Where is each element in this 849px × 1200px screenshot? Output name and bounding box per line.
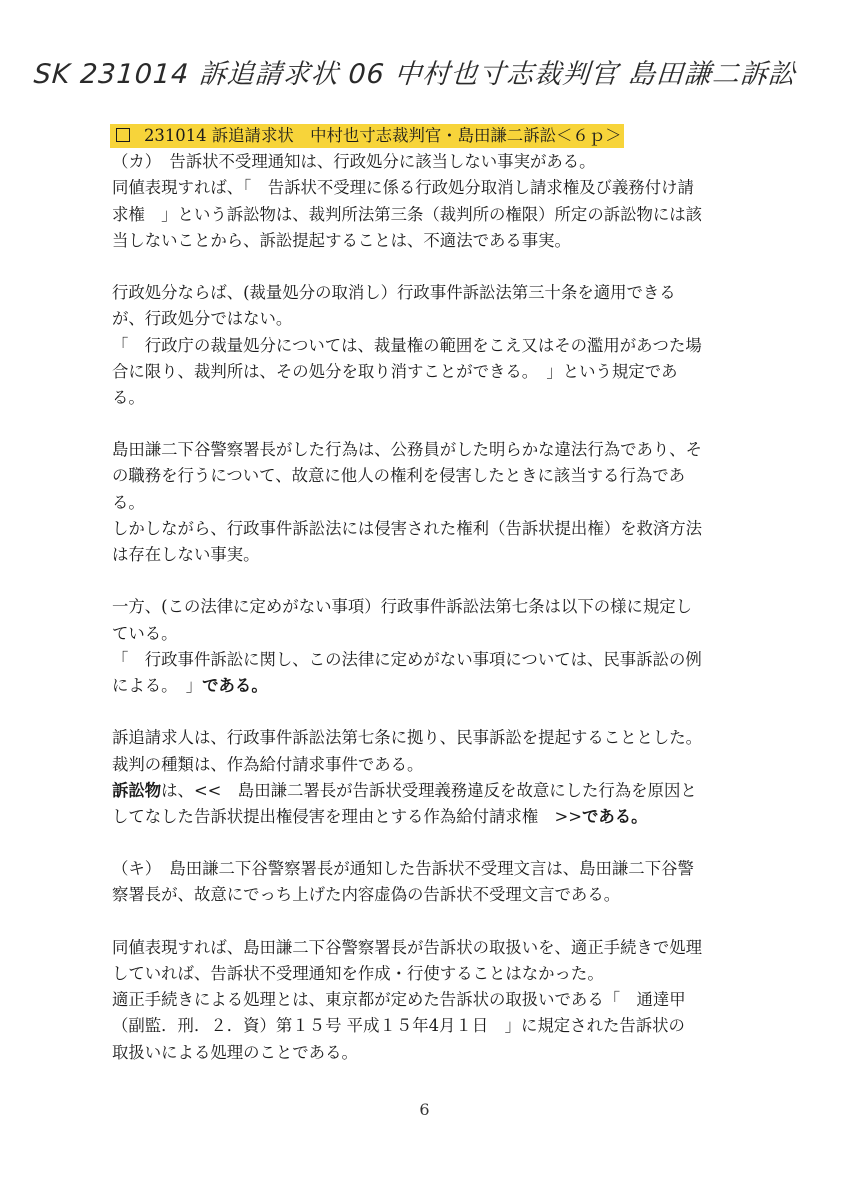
text-line: 取扱いによる処理のことである。 (112, 1040, 792, 1066)
text-line: 当しないことから、訴訟提起することは、不適法である事実。 (112, 228, 792, 254)
blank-line (112, 699, 792, 725)
header-text: 231014 訴追請求状 中村也寸志裁判官・島田謙二訴訟＜６ｐ＞ (144, 126, 622, 145)
text-line: してなした告訴状提出権侵害を理由とする作為給付請求権 >>である。 (112, 804, 792, 830)
text-line: 「 行政事件訴訟に関し、この法律に定めがない事項については、民事訴訟の例 (112, 647, 792, 673)
text-line: る。 (112, 490, 792, 516)
text-line: （副監．刑．２．資）第１５号 平成１５年4月１日 」に規定された告訴状の (112, 1013, 792, 1039)
paragraph-ki: （キ） 島田謙二下谷警察署長が通知した告訴状不受理文言は、島田謙二下谷警 察署長… (112, 856, 792, 908)
text-line: る。 (112, 385, 792, 411)
blank-line (112, 254, 792, 280)
checkbox-icon (116, 128, 130, 142)
text-line: 「 行政庁の裁量処分については、裁量権の範囲をこえ又はその濫用があつた場 (112, 333, 792, 359)
text-line: 訴訟物は、<< 島田謙二署長が告訴状受理義務違反を故意にした行為を原因と (112, 778, 792, 804)
text-line: 同値表現すれば、「 告訴状不受理に係る行政処分取消し請求権及び義務付け請 (112, 175, 792, 201)
text-line: していれば、告訴状不受理通知を作成・行使することはなかった。 (112, 961, 792, 987)
bold-text-segment: である。 (582, 807, 648, 826)
header-highlight: 231014 訴追請求状 中村也寸志裁判官・島田謙二訴訟＜６ｐ＞ (110, 124, 624, 148)
text-line: 行政処分ならば、(裁量処分の取消し）行政事件訴訟法第三十条を適用できる (112, 280, 792, 306)
bold-text-segment: 訴訟物 (112, 781, 161, 800)
text-line: 適正手続きによる処理とは、東京都が定めた告訴状の取扱いである「 通達甲 (112, 987, 792, 1013)
handwritten-title: SK 231014 訴追請求状 06 中村也寸志裁判官 島田謙二訴訟 (33, 52, 816, 91)
text-line: 裁判の種類は、作為給付請求事件である。 (112, 752, 792, 778)
text-line: 一方、(この法律に定めがない事項）行政事件訴訟法第七条は以下の様に規定し (112, 594, 792, 620)
text-line: は存在しない事実。 (112, 542, 792, 568)
text-line: 島田謙二下谷警察署長がした行為は、公務員がした明らかな違法行為であり、そ (112, 437, 792, 463)
text-line: による。 」である。 (112, 673, 792, 699)
blank-line (112, 830, 792, 856)
bold-text-segment: である。 (202, 676, 268, 695)
text-line: の職務を行うについて、故意に他人の権利を侵害したときに該当する行為であ (112, 463, 792, 489)
document-body: 231014 訴追請求状 中村也寸志裁判官・島田謙二訴訟＜６ｐ＞ （カ） 告訴状… (112, 123, 792, 1066)
text-line: 合に限り、裁判所は、その処分を取り消すことができる。 」という規定であ (112, 359, 792, 385)
paragraph-illegal-act: 島田謙二下谷警察署長がした行為は、公務員がした明らかな違法行為であり、そ の職務… (112, 437, 792, 568)
paragraph-article-7: 一方、(この法律に定めがない事項）行政事件訴訟法第七条は以下の様に規定し ている… (112, 594, 792, 699)
blank-line (112, 568, 792, 594)
text-line: 訴追請求人は、行政事件訴訟法第七条に拠り、民事訴訟を提起することとした。 (112, 725, 792, 751)
text-line: 察署長が、故意にでっち上げた内容虚偽の告訴状不受理文言である。 (112, 882, 792, 908)
text-line: ている。 (112, 621, 792, 647)
paragraph-administrative-disposition: 行政処分ならば、(裁量処分の取消し）行政事件訴訟法第三十条を適用できる が、行政… (112, 280, 792, 411)
page-number: 6 (0, 1100, 849, 1119)
document-header: 231014 訴追請求状 中村也寸志裁判官・島田謙二訴訟＜６ｐ＞ (112, 123, 792, 149)
text-line: （カ） 告訴状不受理通知は、行政処分に該当しない事実がある。 (112, 149, 792, 175)
paragraph-due-process: 同値表現すれば、島田謙二下谷警察署長が告訴状の取扱いを、適正手続きで処理 してい… (112, 935, 792, 1066)
text-line: しかしながら、行政事件訴訟法には侵害された権利（告訴状提出権）を救済方法 (112, 516, 792, 542)
blank-line (112, 909, 792, 935)
paragraph-civil-suit: 訴追請求人は、行政事件訴訟法第七条に拠り、民事訴訟を提起することとした。 裁判の… (112, 725, 792, 830)
text-segment: してなした告訴状提出権侵害を理由とする作為給付請求権 >> (112, 807, 582, 826)
text-line: が、行政処分ではない。 (112, 306, 792, 332)
text-segment: は、<< 島田謙二署長が告訴状受理義務違反を故意にした行為を原因と (161, 781, 697, 800)
text-line: 求権 」という訴訟物は、裁判所法第三条（裁判所の権限）所定の訴訟物には該 (112, 202, 792, 228)
text-line: 同値表現すれば、島田謙二下谷警察署長が告訴状の取扱いを、適正手続きで処理 (112, 935, 792, 961)
text-line: （キ） 島田謙二下谷警察署長が通知した告訴状不受理文言は、島田謙二下谷警 (112, 856, 792, 882)
blank-line (112, 411, 792, 437)
text-segment: による。 」 (112, 676, 202, 695)
paragraph-ka: （カ） 告訴状不受理通知は、行政処分に該当しない事実がある。 同値表現すれば、「… (112, 149, 792, 254)
